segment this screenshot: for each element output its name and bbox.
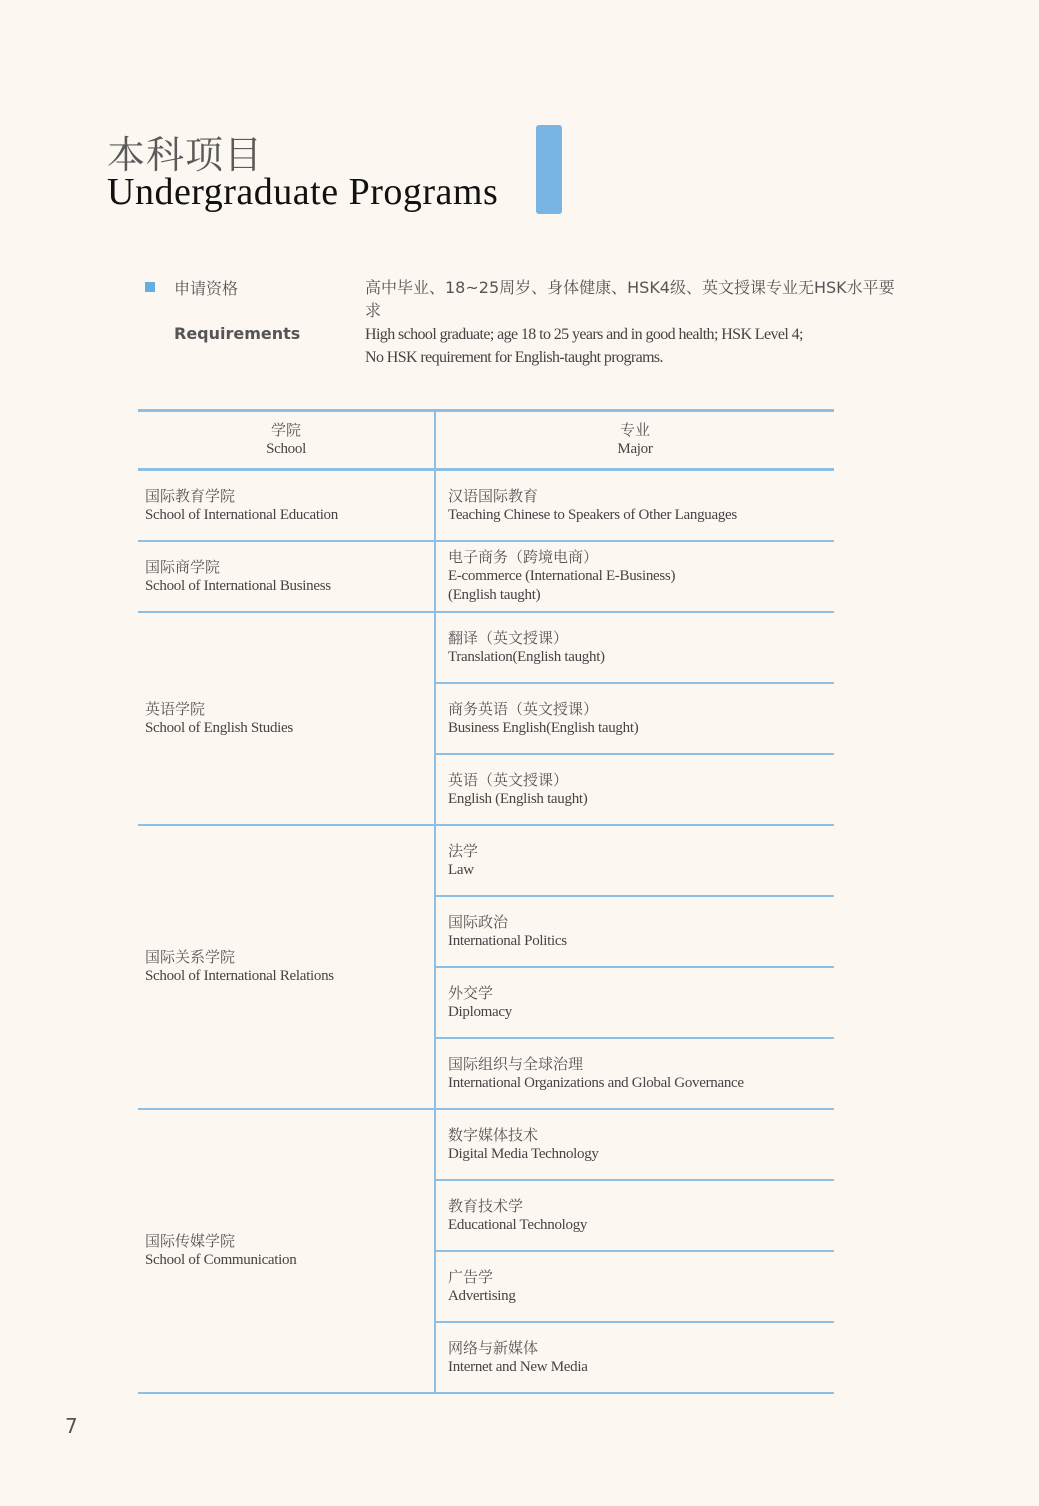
school-name-en: School of International Education (145, 506, 434, 525)
major-name-zh: 外交学 (448, 984, 834, 1003)
major-cell: 英语（英文授课） English (English taught) (435, 754, 834, 825)
major-name-en: Business English(English taught) (448, 719, 834, 738)
major-name-zh: 商务英语（英文授课） (448, 700, 834, 719)
table-row: 国际关系学院 School of International Relations… (138, 825, 834, 896)
major-name-zh: 汉语国际教育 (448, 487, 834, 506)
page-title-en: Undergraduate Programs (107, 170, 498, 214)
major-cell: 商务英语（英文授课） Business English(English taug… (435, 683, 834, 754)
table-row: 国际教育学院 School of International Education… (138, 470, 834, 542)
major-name-zh: 教育技术学 (448, 1197, 834, 1216)
major-cell: 国际政治 International Politics (435, 896, 834, 967)
major-name-zh: 广告学 (448, 1268, 834, 1287)
major-cell: 网络与新媒体 Internet and New Media (435, 1322, 834, 1393)
major-cell: 电子商务（跨境电商） E-commerce (International E-B… (435, 541, 834, 612)
header-major-en: Major (436, 440, 834, 459)
major-name-en: Translation(English taught) (448, 648, 834, 667)
major-name-en: International Organizations and Global G… (448, 1074, 834, 1093)
major-name-zh: 网络与新媒体 (448, 1339, 834, 1358)
accent-bar (536, 125, 562, 214)
major-cell: 广告学 Advertising (435, 1251, 834, 1322)
programs-table: 学院 School 专业 Major 国际教育学院 School of Inte… (138, 409, 834, 1394)
school-name-zh: 国际教育学院 (145, 487, 434, 506)
header-school: 学院 School (138, 411, 435, 470)
school-name-zh: 国际关系学院 (145, 948, 434, 967)
major-name-en: Diplomacy (448, 1003, 834, 1022)
requirements-label-en: Requirements (174, 324, 300, 343)
major-name-en: Educational Technology (448, 1216, 834, 1235)
major-cell: 外交学 Diplomacy (435, 967, 834, 1038)
major-cell: 法学 Law (435, 825, 834, 896)
major-name-en: Digital Media Technology (448, 1145, 834, 1164)
major-name-en-note: (English taught) (448, 586, 834, 605)
major-cell: 汉语国际教育 Teaching Chinese to Speakers of O… (435, 470, 834, 542)
school-cell: 国际关系学院 School of International Relations (138, 825, 435, 1109)
major-name-zh: 电子商务（跨境电商） (448, 548, 834, 567)
requirements-text-zh: 高中毕业、18~25周岁、身体健康、HSK4级、英文授课专业无HSK水平要求 (365, 276, 905, 322)
school-cell: 国际教育学院 School of International Education (138, 470, 435, 542)
school-name-zh: 国际商学院 (145, 558, 434, 577)
major-name-zh: 数字媒体技术 (448, 1126, 834, 1145)
header-school-zh: 学院 (138, 421, 434, 440)
table-header-row: 学院 School 专业 Major (138, 411, 834, 470)
major-name-en: Law (448, 861, 834, 880)
school-cell: 国际传媒学院 School of Communication (138, 1109, 435, 1393)
school-name-en: School of International Business (145, 577, 434, 596)
major-name-zh: 国际组织与全球治理 (448, 1055, 834, 1074)
major-cell: 数字媒体技术 Digital Media Technology (435, 1109, 834, 1180)
major-name-en: E-commerce (International E-Business) (448, 567, 834, 586)
header-major-zh: 专业 (436, 421, 834, 440)
requirements-text-en-line2: No HSK requirement for English-taught pr… (365, 349, 663, 366)
page-number: 7 (65, 1414, 78, 1438)
table-row: 国际商学院 School of International Business 电… (138, 541, 834, 612)
major-name-en: International Politics (448, 932, 834, 951)
school-name-en: School of Communication (145, 1251, 434, 1270)
school-name-en: School of English Studies (145, 719, 434, 738)
requirements-text-en: High school graduate; age 18 to 25 years… (365, 323, 905, 369)
square-bullet-icon (145, 282, 155, 292)
major-cell: 教育技术学 Educational Technology (435, 1180, 834, 1251)
major-cell: 翻译（英文授课） Translation(English taught) (435, 612, 834, 683)
major-name-en: English (English taught) (448, 790, 834, 809)
requirements-label-zh: 申请资格 (174, 276, 238, 299)
major-name-zh: 英语（英文授课） (448, 771, 834, 790)
school-cell: 英语学院 School of English Studies (138, 612, 435, 825)
table-row: 英语学院 School of English Studies 翻译（英文授课） … (138, 612, 834, 683)
table-row: 国际传媒学院 School of Communication 数字媒体技术 Di… (138, 1109, 834, 1180)
school-cell: 国际商学院 School of International Business (138, 541, 435, 612)
requirements-text-en-line1: High school graduate; age 18 to 25 years… (365, 326, 803, 343)
major-name-en: Advertising (448, 1287, 834, 1306)
major-name-zh: 法学 (448, 842, 834, 861)
major-name-zh: 国际政治 (448, 913, 834, 932)
major-cell: 国际组织与全球治理 International Organizations an… (435, 1038, 834, 1109)
header-school-en: School (138, 440, 434, 459)
major-name-en: Internet and New Media (448, 1358, 834, 1377)
header-major: 专业 Major (435, 411, 834, 470)
school-name-zh: 英语学院 (145, 700, 434, 719)
major-name-zh: 翻译（英文授课） (448, 629, 834, 648)
major-name-en: Teaching Chinese to Speakers of Other La… (448, 506, 834, 525)
school-name-en: School of International Relations (145, 967, 434, 986)
school-name-zh: 国际传媒学院 (145, 1232, 434, 1251)
